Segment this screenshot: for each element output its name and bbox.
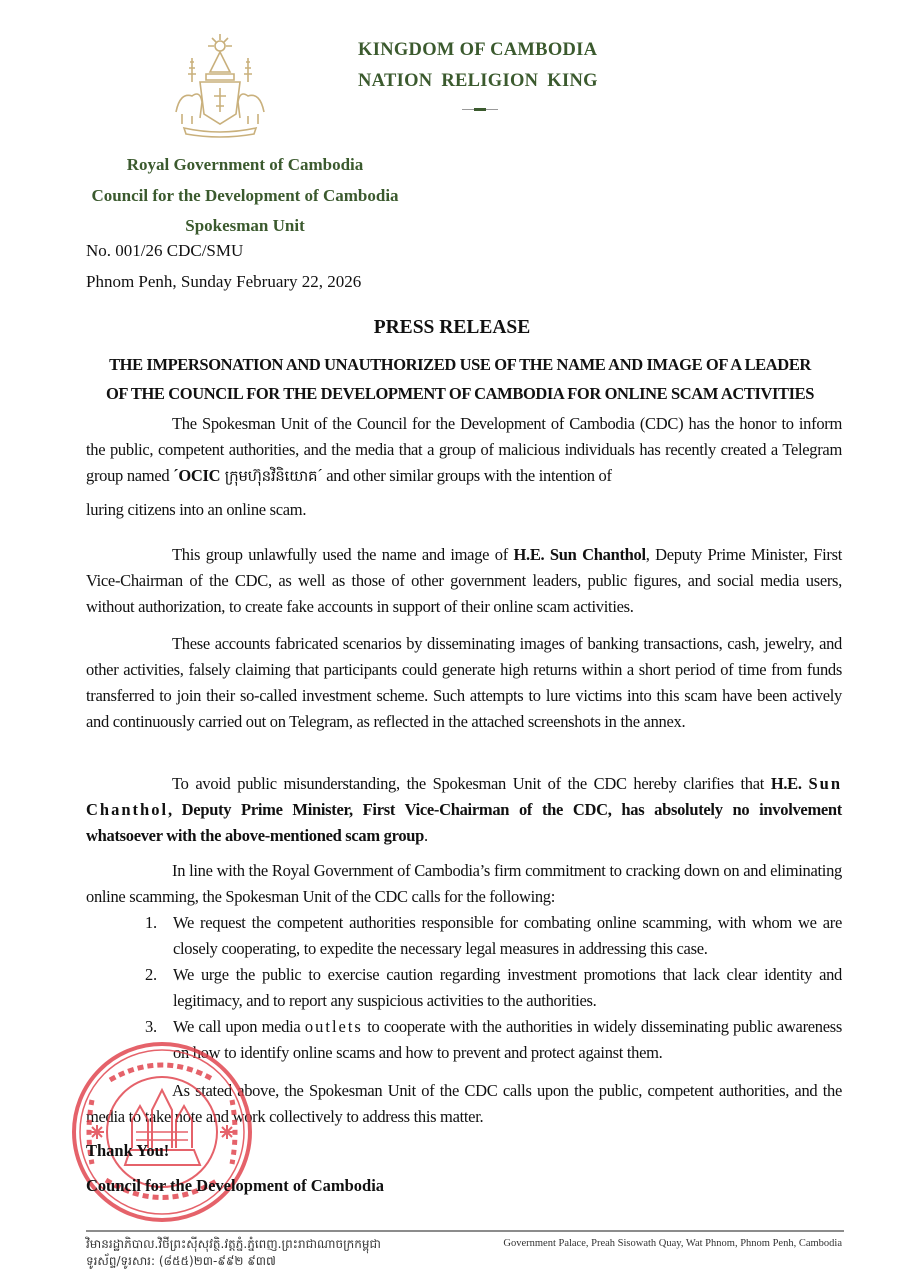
official-name: H.E. Sun Chanthol: [513, 545, 645, 564]
royal-coat-of-arms-icon: [170, 32, 270, 140]
paragraph-2-text: This group unlawfully used the name and …: [172, 545, 513, 564]
issuer-government: Royal Government of Cambodia: [70, 150, 420, 181]
list-item-text: We urge the public to exercise caution r…: [173, 965, 842, 1010]
period: .: [424, 826, 428, 845]
official-title: H.E.: [771, 774, 809, 793]
list-number: 3.: [145, 1014, 157, 1040]
headline-line-2: OF THE COUNCIL FOR THE DEVELOPMENT OF CA…: [60, 379, 860, 408]
paragraph-2: This group unlawfully used the name and …: [86, 542, 842, 620]
document-type-title: PRESS RELEASE: [0, 317, 904, 339]
paragraph-4: To avoid public misunderstanding, the Sp…: [86, 771, 842, 849]
footer-phone-khmer: ទូរស័ព្ទ/ទូរសារ: (៨៥៥)២៣-៩៩២ ៩៣៧: [86, 1253, 276, 1271]
list-item: 1. We request the competent authorities …: [140, 910, 842, 962]
closing-thanks: Thank You!: [86, 1141, 169, 1161]
paragraph-1: The Spokesman Unit of the Council for th…: [86, 411, 842, 523]
footer-divider: [86, 1230, 844, 1232]
footer-address-khmer: វិមានរដ្ឋាភិបាល.វិថីព្រះស៊ីសុវត្ថិ.វត្តភ…: [86, 1236, 381, 1254]
clarification-statement: , Deputy Prime Minister, First Vice-Chai…: [86, 800, 842, 845]
issuer-unit: Spokesman Unit: [70, 211, 420, 242]
list-item: 2. We urge the public to exercise cautio…: [140, 962, 842, 1014]
footer-address-english: Government Palace, Preah Sisowath Quay, …: [496, 1238, 842, 1249]
release-date: Phnom Penh, Sunday February 22, 2026: [86, 272, 361, 292]
headline: THE IMPERSONATION AND UNAUTHORIZED USE O…: [60, 350, 860, 408]
kingdom-title: KINGDOM OF CAMBODIA: [358, 40, 597, 61]
reference-number: No. 001/26 CDC/SMU: [86, 241, 243, 261]
group-name-khmer: ក្រុមហ៊ុនវិនិយោគ: [220, 467, 317, 485]
official-red-seal-icon: [70, 1040, 255, 1225]
issuer-council: Council for the Development of Cambodia: [70, 181, 420, 212]
list-item-text-spaced: outlets: [305, 1017, 363, 1036]
issuer-block: Royal Government of Cambodia Council for…: [70, 150, 420, 242]
paragraph-5: In line with the Royal Government of Cam…: [86, 858, 842, 910]
list-number: 2.: [145, 962, 157, 988]
list-item-text: We request the competent authorities res…: [173, 913, 842, 958]
paragraph-3: These accounts fabricated scenarios by d…: [86, 631, 842, 735]
national-motto: NATION RELIGION KING: [358, 71, 598, 92]
paragraph-1-last-line: luring citizens into an online scam.: [86, 497, 842, 523]
headline-line-1: THE IMPERSONATION AND UNAUTHORIZED USE O…: [60, 350, 860, 379]
paragraph-1-text-cont: and other similar groups with the intent…: [322, 466, 611, 485]
ornament-divider-icon: [462, 108, 498, 111]
list-item-text: We call upon media: [173, 1017, 305, 1036]
paragraph-4-text: To avoid public misunderstanding, the Sp…: [172, 774, 771, 793]
list-number: 1.: [145, 910, 157, 936]
group-name-latin: OCIC: [178, 466, 220, 485]
signing-organization: Council for the Development of Cambodia: [86, 1176, 384, 1196]
